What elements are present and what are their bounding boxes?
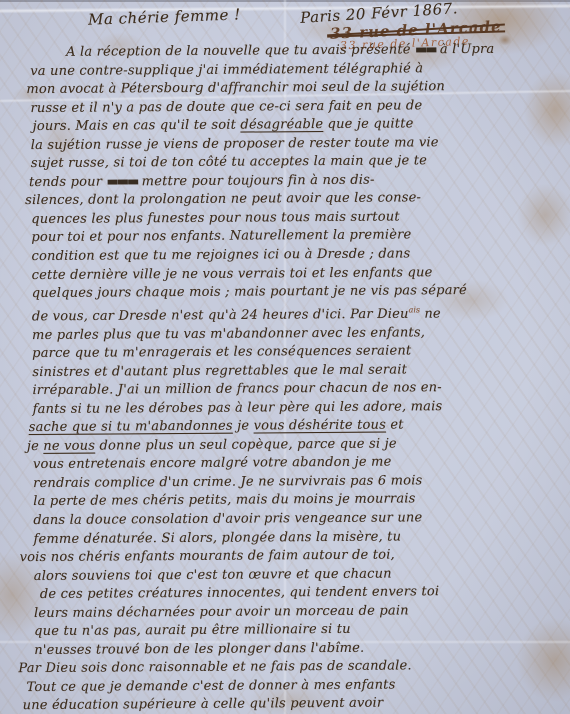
letter-line: A la réception de la nouvelle que tu ava…	[66, 40, 566, 62]
handwritten-text: mon avocat à Pétersbourg d'affranchir mo…	[26, 79, 445, 97]
handwritten-text: vois nos chéris enfants mourants de faim…	[20, 548, 395, 566]
handwritten-text: donne plus un seul copèque, parce que si…	[95, 436, 397, 453]
handwritten-text: dans la douce consolation d'avoir pris v…	[33, 510, 422, 528]
ink-blot-scratch: ▬▬▬	[106, 174, 137, 189]
handwritten-text: Par Dieu sois donc raisonnable et ne fai…	[18, 659, 411, 677]
handwritten-text: va une contre-supplique j'ai immédiateme…	[30, 61, 423, 79]
handwritten-text: femme dénaturée. Si alors, plongée dans …	[33, 529, 401, 547]
handwritten-text: jours. Mais en cas qu'il te soit	[33, 118, 241, 134]
underlined-text: désagréable	[240, 117, 323, 133]
handwritten-text: silences, dont la prolongation ne peut a…	[25, 191, 421, 209]
underlined-text: ne vous	[43, 438, 95, 453]
handwritten-text: parce que tu m'enragerais et les conséqu…	[32, 343, 411, 361]
handwritten-text: irréparable. J'ai un million de francs p…	[32, 380, 441, 398]
handwritten-text: me parles plus que tu vas m'abandonner a…	[32, 325, 425, 343]
handwritten-text: sujet russe, si toi de ton côté tu accep…	[31, 154, 427, 172]
handwritten-text: de vous, car Dresde n'est qu'à 24 heures…	[32, 306, 409, 324]
handwritten-text: ne	[420, 306, 441, 321]
handwritten-text: rendrais complice d'un crime. Je ne surv…	[33, 473, 422, 491]
handwritten-text: tends pour	[29, 174, 107, 190]
letter-salutation: Ma chérie femme !	[88, 5, 241, 28]
superscript-insertion: ais	[409, 305, 421, 314]
handwritten-text: leurs mains décharnées pour avoir un mor…	[34, 603, 409, 621]
handwritten-text: la sujétion russe je viens de proposer d…	[31, 135, 439, 153]
handwritten-text: quences les plus funestes pour nous tous…	[31, 209, 400, 227]
handwritten-text: pour toi et pour nos enfants. Naturellem…	[31, 228, 411, 246]
handwritten-text: Tout ce que je demande c'est de donner à…	[26, 677, 395, 695]
handwritten-text: et	[386, 418, 404, 433]
handwritten-text: la perte de mes chéris petits, mais du m…	[33, 492, 415, 510]
underlined-text: sache que si tu m'abandonnes	[29, 419, 233, 435]
handwritten-text: russe et il n'y a pas de doute que ce-ci…	[30, 98, 422, 116]
handwritten-text: je	[27, 439, 44, 454]
handwritten-text: A la réception de la nouvelle que tu ava…	[66, 42, 415, 59]
handwritten-text: cette dernière ville je ne vous verrais …	[32, 265, 433, 283]
handwritten-text: n'eusses trouvé bon de les plonger dans …	[34, 641, 364, 658]
ink-blot-scratch: ▬▬	[415, 42, 436, 57]
handwritten-text: que tu n'as pas, aurait pu être milliona…	[34, 622, 351, 639]
handwritten-text: que je quitte	[323, 117, 413, 133]
paper-crease-top	[0, 4, 570, 14]
letter-line: une éducation supérieure à celle qu'ils …	[23, 694, 570, 714]
letter-paper: Ma chérie femme ! Paris 20 Févr 1867. 33…	[0, 0, 570, 714]
handwritten-text: je	[233, 419, 254, 434]
underlined-text: vous déshérite tous	[253, 418, 386, 434]
handwritten-text: vous entretenais encore malgré votre aba…	[33, 455, 392, 473]
handwritten-text: fants si tu ne les dérobes pas à leur pè…	[32, 399, 442, 417]
handwritten-text: de ces petites créatures innocentes, qui…	[40, 584, 439, 602]
letter-body: A la réception de la nouvelle que tu ava…	[30, 40, 570, 714]
handwritten-text: alors souviens toi que c'est ton œuvre e…	[34, 566, 392, 583]
handwritten-text: à l'Upra	[435, 42, 494, 57]
handwritten-text: mettre pour toujours fin à nos dis-	[137, 172, 374, 189]
handwritten-text: condition est que tu me rejoignes ici ou…	[31, 246, 410, 264]
handwritten-text: sinistres et d'autant plus regrettables …	[32, 362, 407, 380]
handwritten-text: quelques jours chaque mois ; mais pourta…	[32, 283, 467, 301]
handwritten-text: une éducation supérieure à celle qu'ils …	[23, 696, 384, 714]
